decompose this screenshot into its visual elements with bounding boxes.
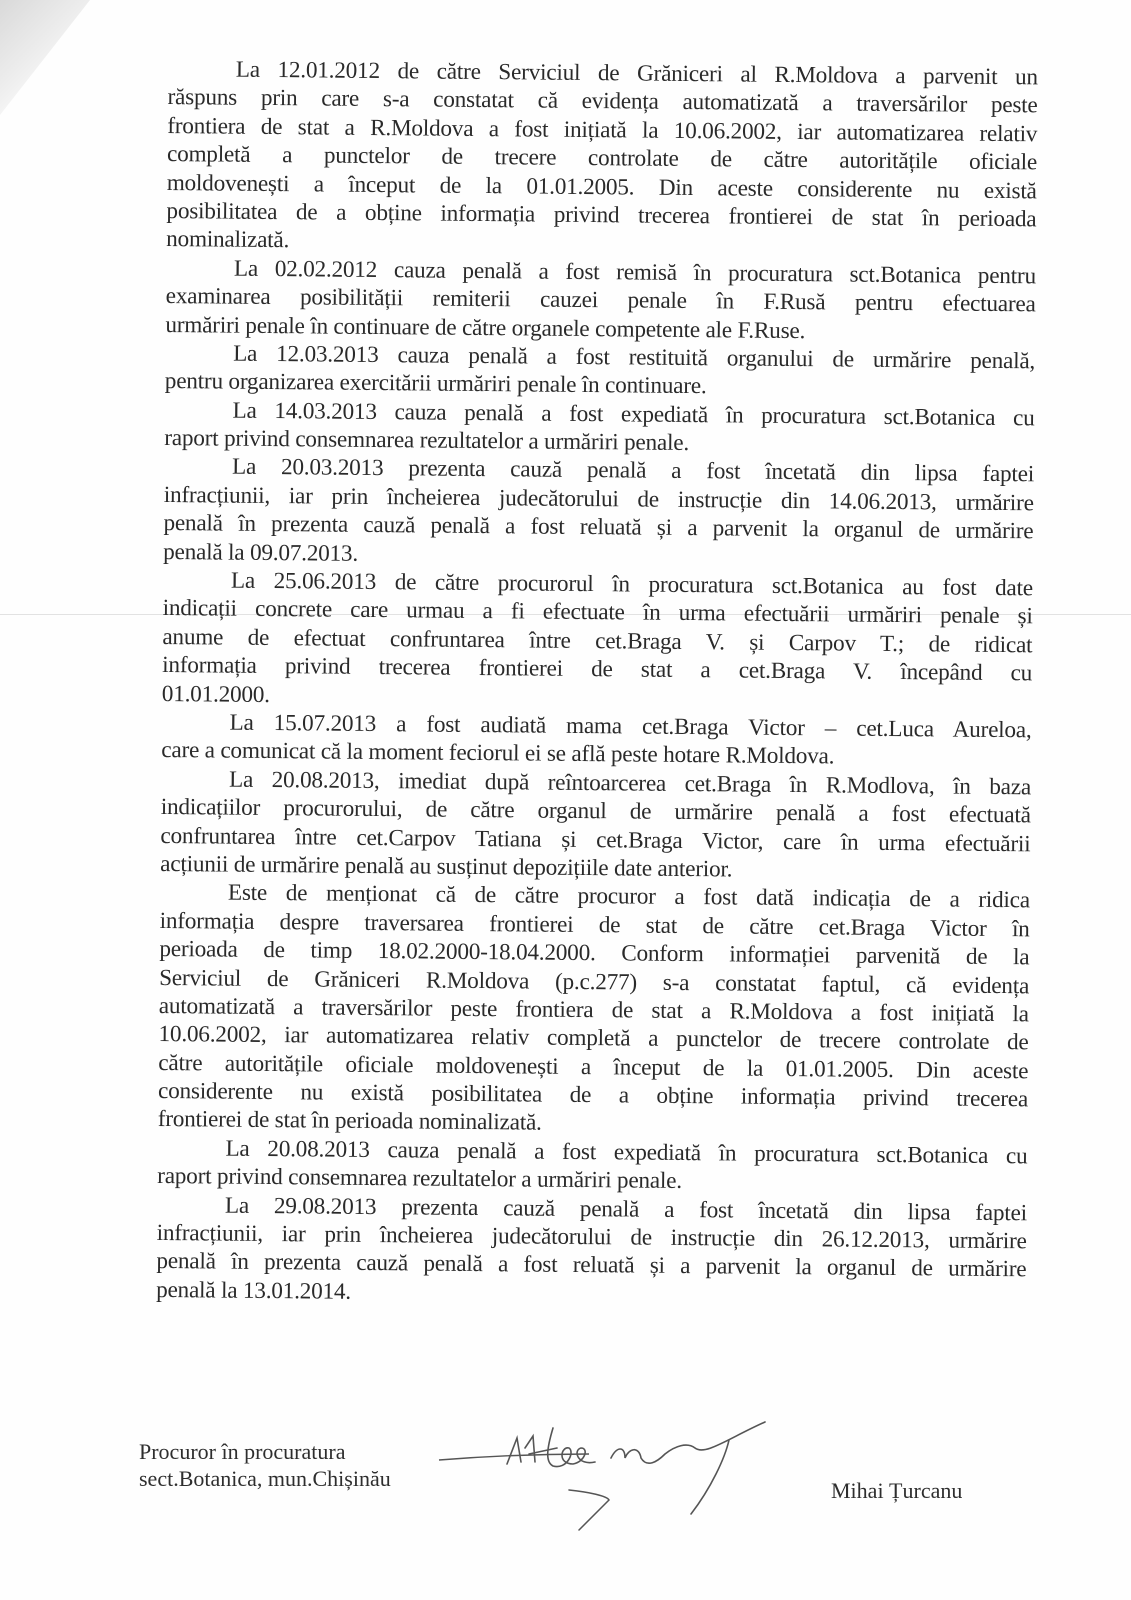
paragraph: La 20.08.2013, imediat după reîntoarcere…	[160, 765, 1031, 887]
paragraph: La 02.02.2012 cauza penală a fost remisă…	[165, 254, 1036, 348]
signatory-name: Mihai Țurcanu	[831, 1478, 962, 1504]
paragraph: La 20.08.2013 cauza penală a fost expedi…	[157, 1134, 1028, 1199]
signature-block: Procuror în procuratura sect.Botanica, m…	[139, 1438, 1019, 1558]
handwritten-signature-icon	[429, 1418, 829, 1538]
signatory-title-line-2: sect.Botanica, mun.Chișinău	[139, 1465, 391, 1492]
paragraph: La 29.08.2013 prezenta cauză penală a fo…	[156, 1191, 1027, 1313]
scanned-document-page: La 12.01.2012 de către Serviciul de Grăn…	[0, 0, 1131, 1600]
signatory-title-line-1: Procuror în procuratura	[139, 1438, 391, 1465]
paragraph: La 12.03.2013 cauza penală a fost restit…	[165, 339, 1036, 404]
paragraph: La 15.07.2013 a fost audiată mama cet.Br…	[161, 708, 1032, 773]
paragraph: La 25.06.2013 de către procurorul în pro…	[162, 566, 1033, 716]
paragraph: La 12.01.2012 de către Serviciul de Grăn…	[166, 55, 1038, 262]
page-corner-fold	[0, 0, 90, 115]
paragraph: La 20.03.2013 prezenta cauză penală a fo…	[163, 452, 1034, 574]
document-body: La 12.01.2012 de către Serviciul de Grăn…	[156, 55, 1038, 1312]
paragraph: La 14.03.2013 cauza penală a fost expedi…	[164, 396, 1035, 461]
paragraph: Este de menționat că de către procuror a…	[158, 878, 1030, 1142]
signatory-title: Procuror în procuratura sect.Botanica, m…	[139, 1438, 391, 1492]
